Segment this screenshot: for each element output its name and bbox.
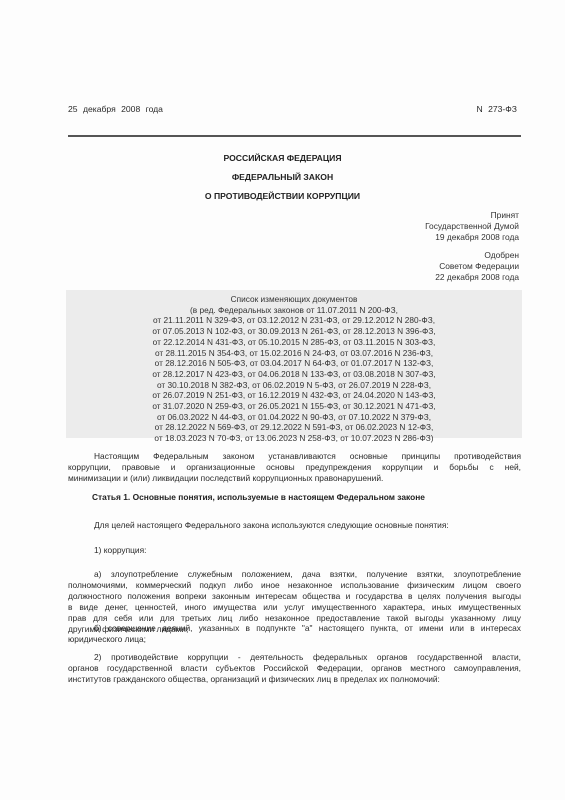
text-line: институтов гражданского общества, органи…	[68, 674, 521, 685]
amendments-line: от 18.03.2023 N 70-ФЗ, от 13.06.2023 N 2…	[66, 433, 522, 444]
amendments-box: Список изменяющих документов (в ред. Фед…	[66, 290, 522, 438]
adoption-line: Государственной Думой	[425, 221, 519, 232]
amendments-line: от 28.12.2022 N 569-ФЗ, от 29.12.2022 N …	[66, 422, 522, 433]
amendments-line: от 26.07.2019 N 251-ФЗ, от 16.12.2019 N …	[66, 390, 522, 401]
article-1-intro: Для целей настоящего Федерального закона…	[94, 520, 547, 531]
text-line: 2) противодействие коррупции - деятельно…	[68, 652, 521, 663]
text-line: Настоящим Федеральным законом устанавлив…	[68, 451, 521, 462]
amendments-line: от 31.07.2020 N 259-ФЗ, от 26.05.2021 N …	[66, 401, 522, 412]
adoption-line: 19 декабря 2008 года	[425, 232, 519, 243]
amendments-line: от 06.03.2022 N 44-ФЗ, от 01.04.2022 N 9…	[66, 412, 522, 423]
article-1-heading: Статья 1. Основные понятия, используемые…	[92, 492, 425, 502]
item-1-corruption: 1) коррупция:	[94, 545, 547, 556]
title-country: РОССИЙСКАЯ ФЕДЕРАЦИЯ	[0, 153, 565, 163]
header-divider	[68, 135, 521, 137]
amendments-line: от 21.11.2011 N 329-ФЗ, от 03.12.2012 N …	[66, 315, 522, 326]
amendments-line: от 28.12.2016 N 505-ФЗ, от 03.04.2017 N …	[66, 358, 522, 369]
law-date: 25 декабря 2008 года	[68, 104, 163, 114]
item-1b-paragraph: б) совершение деяний, указанных в подпун…	[68, 623, 521, 645]
text-line: а) злоупотребление служебным положением,…	[68, 569, 521, 580]
approved-by-council: Одобрен Советом Федерации 22 декабря 200…	[435, 250, 519, 283]
adoption-line: Одобрен	[435, 250, 519, 261]
text-line: коррупции, правовые и организационные ос…	[68, 462, 521, 473]
amendments-line: (в ред. Федеральных законов от 11.07.201…	[66, 305, 522, 316]
text-line: минимизации и (или) ликвидации последств…	[68, 473, 521, 484]
text-line: органов государственной власти субъектов…	[68, 663, 521, 674]
text-line: юридического лица;	[68, 634, 521, 645]
text-line: полномочиями, коммерческий подкуп либо и…	[68, 580, 521, 591]
adopted-by-duma: Принят Государственной Думой 19 декабря …	[425, 210, 519, 243]
law-number: N 273-ФЗ	[476, 104, 517, 114]
text-line: б) совершение деяний, указанных в подпун…	[68, 623, 521, 634]
adoption-line: Принят	[425, 210, 519, 221]
amendments-line: от 22.12.2014 N 431-ФЗ, от 05.10.2015 N …	[66, 337, 522, 348]
text-line: должностного положения вопреки законным …	[68, 591, 521, 602]
preamble-paragraph: Настоящим Федеральным законом устанавлив…	[68, 451, 521, 484]
amendments-line: от 28.12.2017 N 423-ФЗ, от 04.06.2018 N …	[66, 369, 522, 380]
amendments-line: от 30.10.2018 N 382-ФЗ, от 06.02.2019 N …	[66, 380, 522, 391]
text-line: в виде денег, ценностей, иного имущества…	[68, 602, 521, 613]
adoption-line: Советом Федерации	[435, 261, 519, 272]
title-law-name: О ПРОТИВОДЕЙСТВИИ КОРРУПЦИИ	[0, 191, 565, 201]
title-doc-type: ФЕДЕРАЛЬНЫЙ ЗАКОН	[0, 172, 565, 182]
amendments-line: Список изменяющих документов	[66, 294, 522, 305]
adoption-line: 22 декабря 2008 года	[435, 272, 519, 283]
amendments-line: от 28.11.2015 N 354-ФЗ, от 15.02.2016 N …	[66, 348, 522, 359]
item-2-paragraph: 2) противодействие коррупции - деятельно…	[68, 652, 521, 685]
amendments-line: от 07.05.2013 N 102-ФЗ, от 30.09.2013 N …	[66, 326, 522, 337]
